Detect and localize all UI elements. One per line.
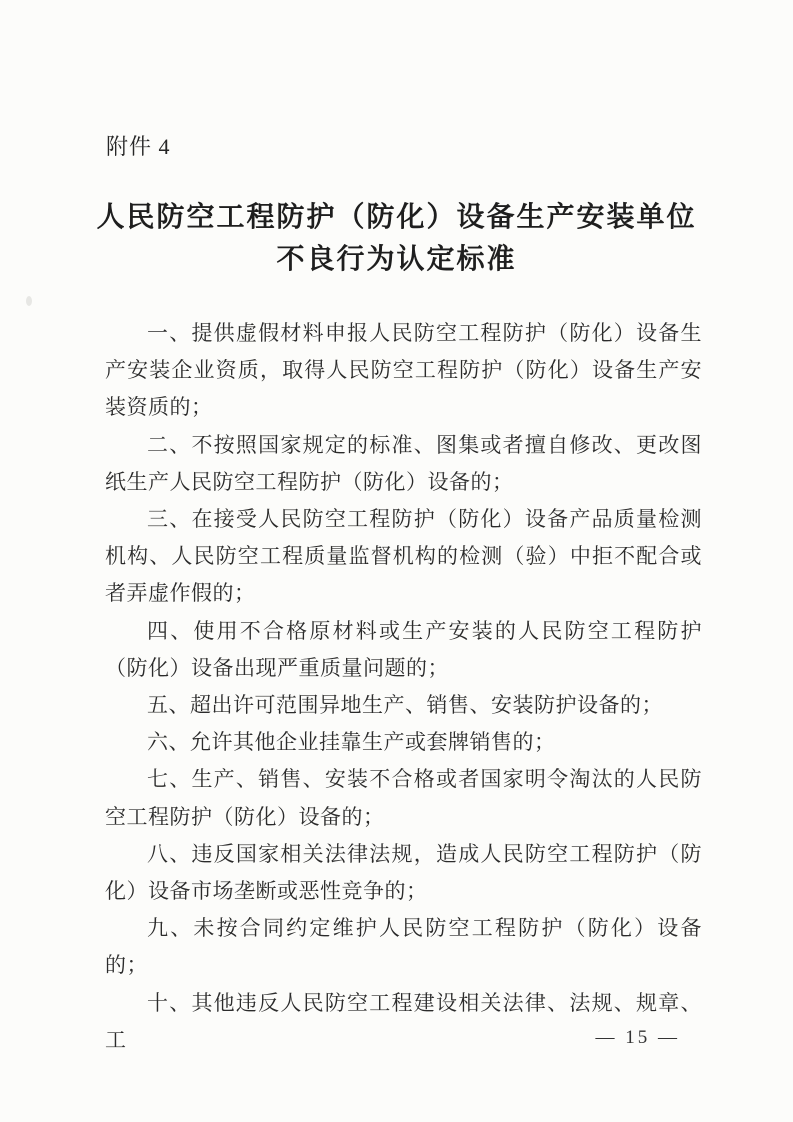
document-title-line1: 人民防空工程防护（防化）设备生产安装单位 — [0, 197, 793, 239]
document-title-line2: 不良行为认定标准 — [0, 239, 793, 281]
clause-6: 六、允许其他企业挂靠生产或套牌销售的； — [105, 724, 702, 761]
scan-smudge — [26, 296, 32, 306]
clause-9: 九、未按合同约定维护人民防空工程防护（防化）设备的； — [105, 910, 702, 984]
clause-1: 一、提供虚假材料申报人民防空工程防护（防化）设备生产安装企业资质，取得人民防空工… — [105, 315, 702, 427]
clause-4: 四、使用不合格原材料或生产安装的人民防空工程防护（防化）设备出现严重质量问题的； — [105, 613, 702, 687]
attachment-label: 附件 4 — [106, 130, 171, 161]
page-number: — 15 — — [0, 1027, 680, 1049]
clause-3: 三、在接受人民防空工程防护（防化）设备产品质量检测机构、人民防空工程质量监督机构… — [105, 501, 702, 613]
clause-2: 二、不按照国家规定的标准、图集或者擅自修改、更改图纸生产人民防空工程防护（防化）… — [105, 427, 702, 501]
clause-7: 七、生产、销售、安装不合格或者国家明令淘汰的人民防空工程防护（防化）设备的； — [105, 761, 702, 835]
document-title: 人民防空工程防护（防化）设备生产安装单位 不良行为认定标准 — [0, 197, 793, 281]
document-page: 附件 4 人民防空工程防护（防化）设备生产安装单位 不良行为认定标准 一、提供虚… — [0, 0, 793, 1122]
document-body: 一、提供虚假材料申报人民防空工程防护（防化）设备生产安装企业资质，取得人民防空工… — [105, 315, 702, 1059]
clause-5: 五、超出许可范围异地生产、销售、安装防护设备的； — [105, 687, 702, 724]
clause-8: 八、违反国家相关法律法规，造成人民防空工程防护（防化）设备市场垄断或恶性竞争的； — [105, 836, 702, 910]
